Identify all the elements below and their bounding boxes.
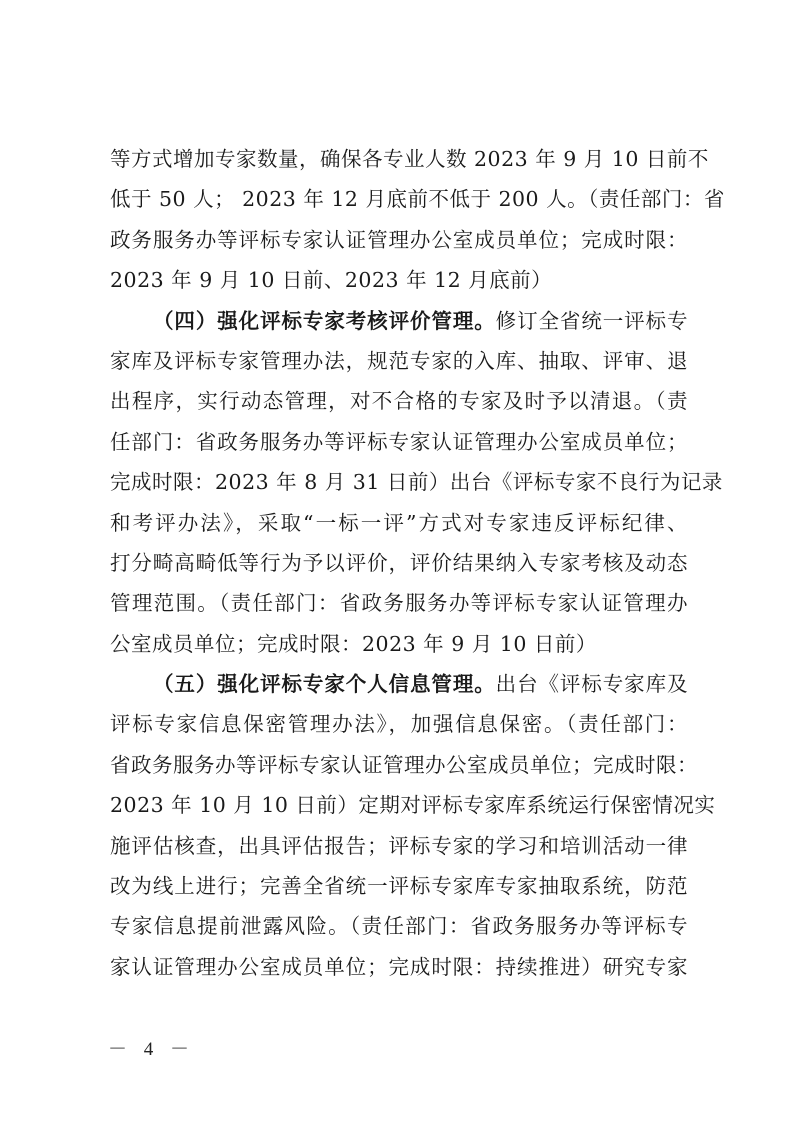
text-line: 管理范围。（责任部门：省政务服务办等评标专家认证管理办 xyxy=(110,583,688,623)
text-line: 公室成员单位；完成时限：2023 年 9 月 10 日前） xyxy=(110,624,688,664)
section-heading-line: （四）强化评标专家考核评价管理。修订全省统一评标专 xyxy=(110,301,688,341)
text-line: 省政务服务办等评标专家认证管理办公室成员单位；完成时限： xyxy=(110,745,688,785)
text-line: 和考评办法》，采取“一标一评”方式对专家违反评标纪律、 xyxy=(110,503,688,543)
text-line: 等方式增加专家数量，确保各专业人数 2023 年 9 月 10 日前不 xyxy=(110,139,688,179)
text-line: 打分畸高畸低等行为予以评价，评价结果纳入专家考核及动态 xyxy=(110,543,688,583)
page-number: － 4 － xyxy=(108,1034,195,1061)
text-line: 2023 年 10 月 10 日前）定期对评标专家库系统运行保密情况实 xyxy=(110,785,688,825)
section-heading-5: （五）强化评标专家个人信息管理。 xyxy=(153,672,496,696)
text-line: 家认证管理办公室成员单位；完成时限：持续推进）研究专家 xyxy=(110,947,688,987)
text-line: 改为线上进行；完善全省统一评标专家库专家抽取系统，防范 xyxy=(110,866,688,906)
section-heading-line: （五）强化评标专家个人信息管理。出台《评标专家库及 xyxy=(110,664,688,704)
text-line: 家库及评标专家管理办法，规范专家的入库、抽取、评审、退 xyxy=(110,341,688,381)
document-page: 等方式增加专家数量，确保各专业人数 2023 年 9 月 10 日前不 低于 5… xyxy=(0,0,800,1131)
text-line: 完成时限：2023 年 8 月 31 日前）出台《评标专家不良行为记录 xyxy=(110,462,688,502)
text-line: 低于 50 人； 2023 年 12 月底前不低于 200 人。（责任部门：省 xyxy=(110,179,688,219)
body-text: 等方式增加专家数量，确保各专业人数 2023 年 9 月 10 日前不 低于 5… xyxy=(110,139,688,987)
text-line: 政务服务办等评标专家认证管理办公室成员单位；完成时限： xyxy=(110,220,688,260)
text-line: 2023 年 9 月 10 日前、2023 年 12 月底前） xyxy=(110,260,688,300)
text-line: 出程序，实行动态管理，对不合格的专家及时予以清退。（责 xyxy=(110,381,688,421)
text-line: 专家信息提前泄露风险。（责任部门：省政务服务办等评标专 xyxy=(110,906,688,946)
text-line: 任部门：省政务服务办等评标专家认证管理办公室成员单位； xyxy=(110,422,688,462)
text-line: 施评估核查，出具评估报告；评标专家的学习和培训活动一律 xyxy=(110,826,688,866)
text-line: 评标专家信息保密管理办法》，加强信息保密。（责任部门： xyxy=(110,704,688,744)
section-heading-4: （四）强化评标专家考核评价管理。 xyxy=(153,309,496,333)
